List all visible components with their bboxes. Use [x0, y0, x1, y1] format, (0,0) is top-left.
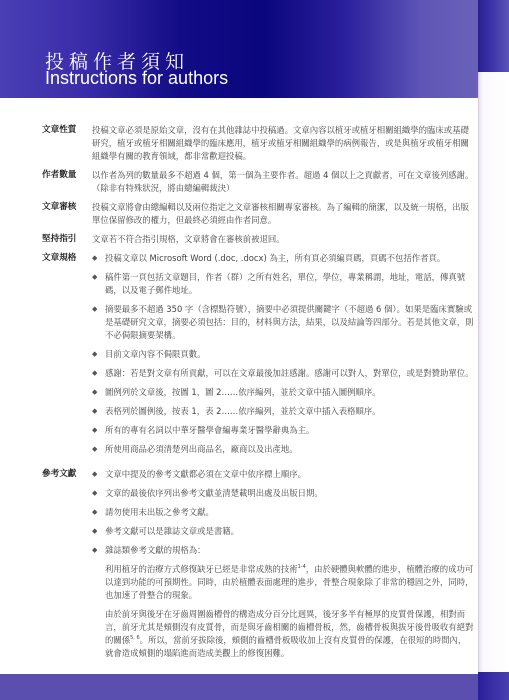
diamond-bullet-icon: ◆ [92, 525, 105, 538]
section-references: 參考文獻 ◆文章中提及的參考文獻都必須在文章中依序標上順序。 ◆文章的最後依序列… [42, 468, 474, 666]
list-item: ◆目前文章內容不侷限頁數。 [92, 348, 474, 361]
diamond-bullet-icon: ◆ [92, 252, 105, 265]
diamond-bullet-icon: ◆ [92, 506, 105, 519]
list-item: ◆摘要最多不超過 350 字（含標點符號），摘要中必須提供關鍵字（不超過 6 個… [92, 303, 474, 342]
list-item: ◆投稿文章以 Microsoft Word (.doc, .docx) 為主，所… [92, 252, 474, 265]
page-title-english: Instructions for authors [45, 68, 228, 89]
citation-superscript: 5, 6 [130, 635, 140, 641]
section-text: 文章若不符合指引規格，文章將會在審核前被退回。 [92, 233, 474, 246]
list-item: ◆請勿使用未出版之參考文獻。 [92, 506, 474, 519]
section-nature: 文章性質 投稿文章必須是原始文章，沒有在其他雜誌中投稿過。文章內容以植牙或植牙相… [42, 124, 474, 163]
section-text: 以作者為列的數量最多不超過 4 個，第一個為主要作者。超過 4 個以上之貢獻者，… [92, 169, 474, 195]
diamond-bullet-icon: ◆ [92, 443, 105, 456]
section-label: 文章審核 [42, 201, 92, 227]
list-item: ◆稿件第一頁包括文章題目，作者（群）之所有姓名，單位，學位，專業稱謂，地址，電話… [92, 271, 474, 297]
list-item: ◆表格列於圖例後，按表 1，表 2……依序編列，並於文章中插入表格順序。 [92, 405, 474, 418]
document-body: 文章性質 投稿文章必須是原始文章，沒有在其他雜誌中投稿過。文章內容以植牙或植牙相… [42, 124, 474, 672]
diamond-bullet-icon: ◆ [92, 468, 105, 481]
list-item: ◆參考文獻可以是雜誌文章或是書籍。 [92, 525, 474, 538]
diamond-bullet-icon: ◆ [92, 544, 105, 557]
diamond-bullet-icon: ◆ [92, 487, 105, 500]
spine-top-band [478, 0, 509, 72]
diamond-bullet-icon: ◆ [92, 386, 105, 399]
section-text: 投稿文章將會由總編輯以及兩位指定之文章審核相關專家審核。為了編輯的簡潔，以及統一… [92, 201, 474, 227]
section-label: 文章規格 [42, 252, 92, 462]
diamond-bullet-icon: ◆ [92, 271, 105, 297]
list-item: ◆所使用商品必須清楚列出商品名，廠商以及出產地。 [92, 443, 474, 456]
diamond-bullet-icon: ◆ [92, 367, 105, 380]
diamond-bullet-icon: ◆ [92, 424, 105, 437]
example-paragraph-1: 利用植牙的治療方式修復缺牙已經是非常成熟的技術1-4，由於硬體與軟體的進步，植體… [105, 563, 474, 602]
diamond-bullet-icon: ◆ [92, 405, 105, 418]
footer-band [0, 674, 478, 700]
section-author-count: 作者數量 以作者為列的數量最多不超過 4 個，第一個為主要作者。超過 4 個以上… [42, 169, 474, 195]
diamond-bullet-icon: ◆ [92, 303, 105, 342]
list-item: ◆文章的最後依序列出參考文獻並清楚載明出處及出版日期。 [92, 487, 474, 500]
list-item: ◆所有的專有名詞以中華牙醫學會編專業牙醫學辭典為主。 [92, 424, 474, 437]
list-item: ◆感謝：若是對文章有所貢獻，可以在文章最後加註感謝。感謝可以對人，對單位，或是對… [92, 367, 474, 380]
section-label: 堅持指引 [42, 233, 92, 246]
spine-bottom-band [478, 672, 509, 700]
section-format: 文章規格 ◆投稿文章以 Microsoft Word (.doc, .docx)… [42, 252, 474, 462]
section-label: 參考文獻 [42, 468, 92, 666]
section-guideline: 堅持指引 文章若不符合指引規格，文章將會在審核前被退回。 [42, 233, 474, 246]
list-item: ◆文章中提及的參考文獻都必須在文章中依序標上順序。 [92, 468, 474, 481]
section-text: 投稿文章必須是原始文章，沒有在其他雜誌中投稿過。文章內容以植牙或植牙相關組織學的… [92, 124, 474, 163]
list-item: ◆圖例列於文章後，按圖 1，圖 2……依序編列，並於文章中插入圖例順序。 [92, 386, 474, 399]
section-label: 作者數量 [42, 169, 92, 195]
section-label: 文章性質 [42, 124, 92, 163]
citation-superscript: 1-4 [298, 564, 306, 570]
diamond-bullet-icon: ◆ [92, 348, 105, 361]
list-item: ◆雜誌類參考文獻的規格為： [92, 544, 474, 557]
header-banner: 投稿作者須知 Instructions for authors [0, 0, 478, 98]
page-spine [478, 0, 509, 700]
example-paragraph-2: 由於前牙與後牙在牙齒周圍齒槽骨的構造成分百分比迥異，後牙多半有極厚的皮質骨保護，… [105, 608, 474, 660]
section-review: 文章審核 投稿文章將會由總編輯以及兩位指定之文章審核相關專家審核。為了編輯的簡潔… [42, 201, 474, 227]
